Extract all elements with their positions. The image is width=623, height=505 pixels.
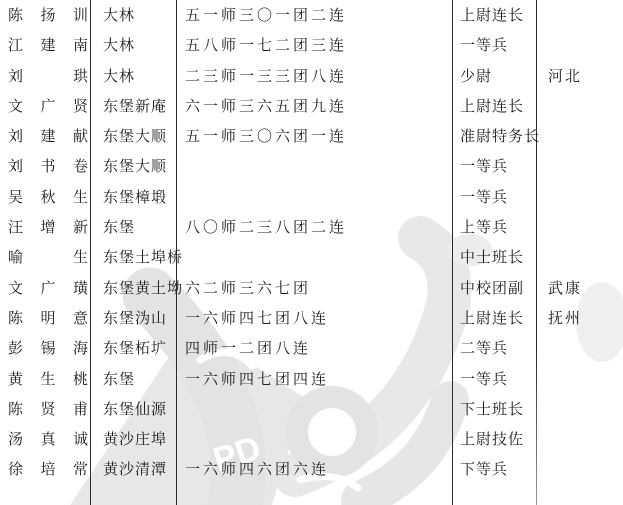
- table-row: 陈明意 东堡沩山 一六师四七团八连 上尉连长 抚州: [0, 304, 623, 334]
- cell-unit: [185, 395, 445, 425]
- cell-rank: 下等兵: [460, 455, 536, 485]
- table-row: 陈扬训 大林 五一师三〇一团二连 上尉连长: [0, 1, 623, 31]
- cell-rank: 上尉连长: [460, 1, 536, 31]
- cell-origin: [548, 152, 622, 182]
- cell-place: 大林: [103, 31, 175, 61]
- cell-origin: [548, 243, 622, 273]
- table-row: 刘书卷 东堡大顺 一等兵: [0, 152, 623, 182]
- cell-place: 东堡沩山: [103, 304, 175, 334]
- cell-rank: 中校团副: [460, 274, 536, 304]
- cell-unit: 二三师一三三团八连: [185, 62, 445, 92]
- cell-name: 陈贤甫: [8, 395, 88, 425]
- cell-origin: [548, 455, 622, 485]
- cell-rank: 一等兵: [460, 365, 536, 395]
- cell-place: 东堡大顺: [103, 152, 175, 182]
- cell-rank: 中士班长: [460, 243, 536, 273]
- cell-rank: 下士班长: [460, 395, 536, 425]
- cell-origin: [548, 365, 622, 395]
- cell-place: 东堡新庵: [103, 92, 175, 122]
- cell-unit: [185, 183, 445, 213]
- cell-place: 黄沙清潭: [103, 455, 175, 485]
- cell-name: 刘珙: [8, 62, 88, 92]
- cell-name: 徐培常: [8, 455, 88, 485]
- cell-rank: 一等兵: [460, 183, 536, 213]
- cell-place: 大林: [103, 1, 175, 31]
- cell-rank: 二等兵: [460, 334, 536, 364]
- cell-origin: [548, 122, 622, 152]
- cell-name: 汪增新: [8, 213, 88, 243]
- cell-origin: [548, 31, 622, 61]
- table-row: 文广贤 东堡新庵 六一师三六五团九连 上尉连长: [0, 92, 623, 122]
- cell-origin: [548, 213, 622, 243]
- table-row: 刘建献 东堡大顺 五一师三〇六团一连 准尉特务长: [0, 122, 623, 152]
- cell-unit: 一六师四七团四连: [185, 365, 445, 395]
- cell-unit: 一六师四六团六连: [185, 455, 445, 485]
- cell-unit: 六一师三六五团九连: [185, 92, 445, 122]
- cell-name: 文广璜: [8, 274, 88, 304]
- cell-rank: 上尉技佐: [460, 425, 536, 455]
- table-row: 黄生桃 东堡 一六师四七团四连 一等兵: [0, 365, 623, 395]
- table-row: 文广璜 东堡黄土坳 六二师三六七团 中校团副 武康: [0, 274, 623, 304]
- cell-place: 东堡土埠桥: [103, 243, 175, 273]
- cell-name: 吴秋生: [8, 183, 88, 213]
- cell-unit: 五一师三〇六团一连: [185, 122, 445, 152]
- cell-rank: 上尉连长: [460, 92, 536, 122]
- cell-unit: [185, 425, 445, 455]
- cell-place: 东堡仙源: [103, 395, 175, 425]
- cell-place: 东堡黄土坳: [103, 274, 175, 304]
- table-row: 彭锡海 东堡柘圹 四师一二团八连 二等兵: [0, 334, 623, 364]
- cell-place: 东堡大顺: [103, 122, 175, 152]
- cell-place: 东堡柘圹: [103, 334, 175, 364]
- cell-place: 东堡: [103, 365, 175, 395]
- table-row: 徐培常 黄沙清潭 一六师四六团六连 下等兵: [0, 455, 623, 485]
- cell-origin: [548, 1, 622, 31]
- cell-name: 喻生: [8, 243, 88, 273]
- table-row: 喻生 东堡土埠桥 中士班长: [0, 243, 623, 273]
- cell-rank: 一等兵: [460, 152, 536, 182]
- cell-unit: 四师一二团八连: [185, 334, 445, 364]
- cell-origin: 武康: [548, 274, 622, 304]
- cell-origin: [548, 183, 622, 213]
- cell-rank: 上尉连长: [460, 304, 536, 334]
- cell-name: 江建南: [8, 31, 88, 61]
- cell-origin: [548, 92, 622, 122]
- table-row: 汪增新 东堡 八〇师二三八团二连 上等兵: [0, 213, 623, 243]
- table-row: 江建南 大林 五八师一七二团三连 一等兵: [0, 31, 623, 61]
- roster-table: 陈扬训 大林 五一师三〇一团二连 上尉连长 江建南 大林 五八师一七二团三连 一…: [0, 1, 623, 486]
- cell-origin: 抚州: [548, 304, 622, 334]
- cell-rank: 一等兵: [460, 31, 536, 61]
- cell-place: 东堡: [103, 213, 175, 243]
- cell-name: 陈明意: [8, 304, 88, 334]
- cell-name: 文广贤: [8, 92, 88, 122]
- cell-unit: 五一师三〇一团二连: [185, 1, 445, 31]
- cell-name: 刘建献: [8, 122, 88, 152]
- cell-origin: [548, 425, 622, 455]
- cell-place: 黄沙庄埠: [103, 425, 175, 455]
- cell-place: 大林: [103, 62, 175, 92]
- cell-rank: 上等兵: [460, 213, 536, 243]
- table-row: 吴秋生 东堡樟塅 一等兵: [0, 183, 623, 213]
- cell-place: 东堡樟塅: [103, 183, 175, 213]
- table-row: 陈贤甫 东堡仙源 下士班长: [0, 395, 623, 425]
- scanned-roster-page: PD 陈扬训 大林 五一师三〇一团二连 上尉连长 江建南 大林 五八师一七二团三…: [0, 0, 623, 505]
- cell-name: 黄生桃: [8, 365, 88, 395]
- cell-name: 刘书卷: [8, 152, 88, 182]
- cell-name: 汤真诚: [8, 425, 88, 455]
- cell-origin: [548, 395, 622, 425]
- cell-unit: 一六师四七团八连: [185, 304, 445, 334]
- cell-name: 陈扬训: [8, 1, 88, 31]
- table-row: 汤真诚 黄沙庄埠 上尉技佐: [0, 425, 623, 455]
- table-row: 刘珙 大林 二三师一三三团八连 少尉 河北: [0, 62, 623, 92]
- cell-origin: 河北: [548, 62, 622, 92]
- cell-unit: 五八师一七二团三连: [185, 31, 445, 61]
- cell-origin: [548, 334, 622, 364]
- cell-unit: 八〇师二三八团二连: [185, 213, 445, 243]
- cell-unit: [185, 243, 445, 273]
- cell-rank: 少尉: [460, 62, 536, 92]
- cell-rank: 准尉特务长: [460, 122, 536, 152]
- cell-name: 彭锡海: [8, 334, 88, 364]
- cell-unit: [185, 152, 445, 182]
- cell-unit: 六二师三六七团: [185, 274, 445, 304]
